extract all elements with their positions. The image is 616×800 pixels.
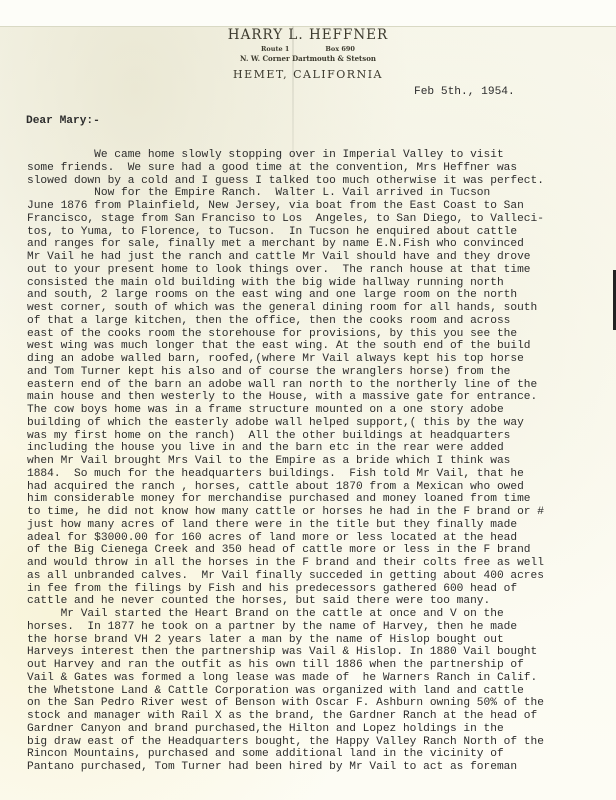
letter-line: Mr Vail started the Heart Brand on the c… bbox=[27, 608, 544, 621]
letter-line: Rincon Mountains, purchased and some add… bbox=[27, 748, 544, 761]
letter-line: out Harvey and ran the outfit as his own… bbox=[27, 659, 544, 672]
letter-line: and would throw in all the horses in the… bbox=[27, 557, 544, 570]
letter-line: slowed down by a cold and I guess I talk… bbox=[27, 175, 544, 188]
letter-line: adeal for $3000.00 for 160 acres of land… bbox=[27, 532, 544, 545]
letter-line: out to your present home to look things … bbox=[27, 264, 544, 277]
letter-line: June 1876 from Plainfield, New Jersey, v… bbox=[27, 200, 544, 213]
letter-line: of the Big Cienega Creek and 350 head of… bbox=[27, 544, 544, 557]
letter-line: tos, to Yuma, to Florence, to Tucson. In… bbox=[27, 226, 544, 239]
letter-line: horses. In 1877 he took on a partner by … bbox=[27, 621, 544, 634]
letter-line: Pantano purchased, Tom Turner had been h… bbox=[27, 761, 544, 774]
letterhead-city: HEMET, CALIFORNIA bbox=[0, 68, 616, 81]
letter-line: Vail & Gates was formed a long lease was… bbox=[27, 672, 544, 685]
letter-line: and Tom Turner kept his also and of cour… bbox=[27, 366, 544, 379]
letter-line: stock and manager with Rail X as the bra… bbox=[27, 710, 544, 723]
letter-line: Now for the Empire Ranch. Walter L. Vail… bbox=[27, 187, 544, 200]
letter-line: building of which the easterly adobe wal… bbox=[27, 417, 544, 430]
letter-line: east of the cooks room the storehouse fo… bbox=[27, 328, 544, 341]
letter-line: eastern end of the barn an adobe wall ra… bbox=[27, 379, 544, 392]
letter-line: to time, he did not know how many cattle… bbox=[27, 506, 544, 519]
letter-line: including the house you live in and the … bbox=[27, 442, 544, 455]
letter-line: as all unbranded calves. Mr Vail finally… bbox=[27, 570, 544, 583]
letterhead-route: Route 1 bbox=[261, 45, 289, 53]
letter-line: was my first home on the ranch) All the … bbox=[27, 430, 544, 443]
letterhead-address: N. W. Corner Dartmouth & Stetson bbox=[0, 54, 616, 63]
letter-line: Mr Vail he had just the ranch and cattle… bbox=[27, 251, 544, 264]
letterhead-box: Box 690 bbox=[325, 45, 355, 53]
letter-salutation: Dear Mary:- bbox=[26, 115, 100, 127]
letter-line: big draw east of the Headquarters bought… bbox=[27, 736, 544, 749]
letter-line: some friends. We sure had a good time at… bbox=[27, 162, 544, 175]
letter-line: main house and then westerly to the Hous… bbox=[27, 391, 544, 404]
letter-body: We came home slowly stopping over in Imp… bbox=[27, 149, 544, 774]
letter-line: The cow boys home was in a frame structu… bbox=[27, 404, 544, 417]
letter-line: 1884. So much for the headquarters build… bbox=[27, 468, 544, 481]
letter-line: him considerable money for merchandise p… bbox=[27, 493, 544, 506]
letter-line: cattle and he never counted the horses, … bbox=[27, 595, 544, 608]
letterhead-route-box: Route 1Box 690 bbox=[0, 45, 616, 53]
letterhead-name: HARRY L. HEFFNER bbox=[0, 27, 616, 43]
letter-line: We came home slowly stopping over in Imp… bbox=[27, 149, 544, 162]
letter-line: in fee from the filings by Fish and his … bbox=[27, 583, 544, 596]
letter-line: when Mr Vail brought Mrs Vail to the Emp… bbox=[27, 455, 544, 468]
letter-line: had acquired the ranch , horses, cattle … bbox=[27, 481, 544, 494]
letter-line: west wing was much longer that the east … bbox=[27, 340, 544, 353]
letter-line: and south, 2 large rooms on the east win… bbox=[27, 289, 544, 302]
letter-line: just how many acres of land there were i… bbox=[27, 519, 544, 532]
letter-line: Harveys interest then the partnership wa… bbox=[27, 646, 544, 659]
letter-line: the Whetstone Land & Cattle Corporation … bbox=[27, 685, 544, 698]
letter-line: Gardner Canyon and brand purchased,the H… bbox=[27, 723, 544, 736]
letter-line: on the San Pedro River west of Benson wi… bbox=[27, 697, 544, 710]
letter-line: ding an adobe walled barn, roofed,(where… bbox=[27, 353, 544, 366]
letter-line: consisted the main old building with the… bbox=[27, 277, 544, 290]
letter-line: west corner, south of which was the gene… bbox=[27, 302, 544, 315]
letter-line: the horse brand VH 2 years later a man b… bbox=[27, 634, 544, 647]
letter-line: Francisco, stage from San Franciso to Lo… bbox=[27, 213, 544, 226]
letter-line: and ranges for sale, finally met a merch… bbox=[27, 238, 544, 251]
letter-line: of that a large kitchen, then the office… bbox=[27, 315, 544, 328]
letter-date: Feb 5th., 1954. bbox=[414, 86, 515, 98]
